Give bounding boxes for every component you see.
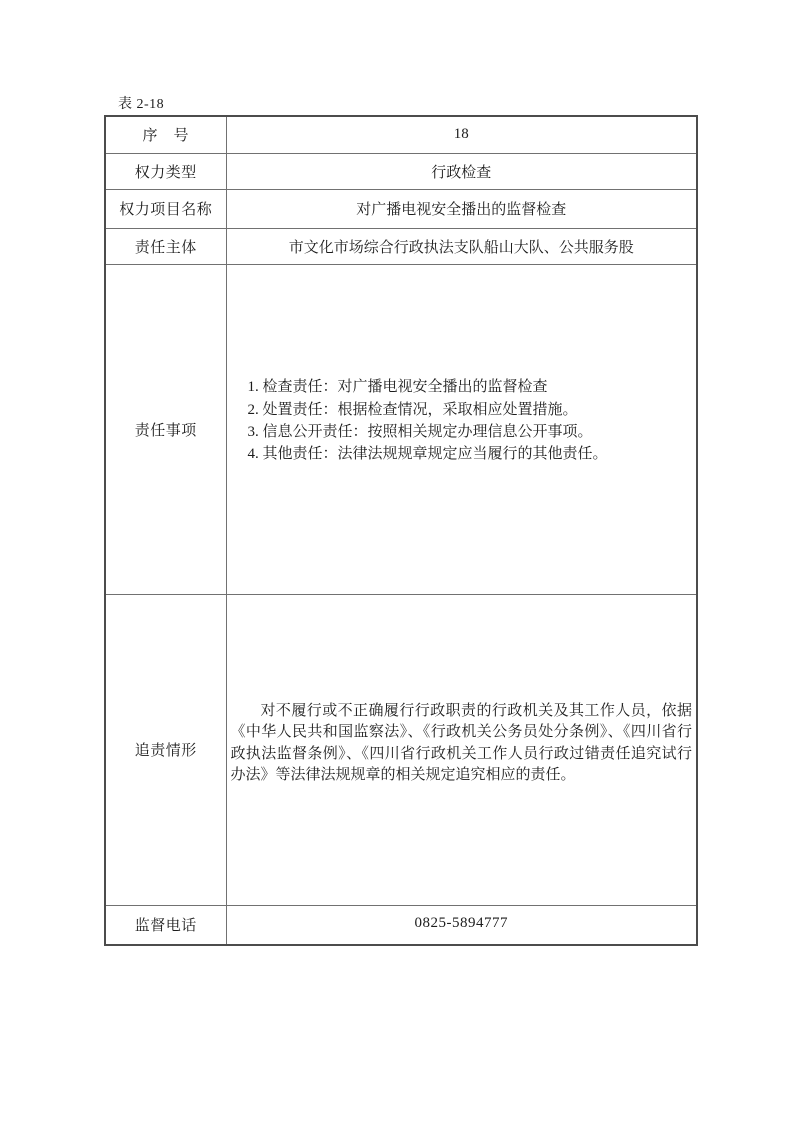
row-label-power-type: 权力类型 bbox=[105, 153, 226, 189]
row-value-supervision-phone: 0825-5894777 bbox=[226, 905, 697, 945]
row-label-responsible-entity: 责任主体 bbox=[105, 228, 226, 264]
responsibility-item: 3. 信息公开责任：按照相关规定办理信息公开事项。 bbox=[248, 421, 697, 443]
table-row-serial-number: 序 号 18 bbox=[105, 116, 697, 153]
accountability-paragraph: 对不履行或不正确履行行政职责的行政机关及其工作人员，依据《中华人民共和国监察法》… bbox=[231, 701, 693, 787]
row-value-serial-number: 18 bbox=[226, 116, 697, 153]
table-caption: 表 2-18 bbox=[118, 93, 164, 113]
row-label-accountability-circumstances: 追责情形 bbox=[105, 594, 226, 905]
table-row-responsible-entity: 责任主体 市文化市场综合行政执法支队船山大队、公共服务股 bbox=[105, 228, 697, 264]
responsibility-item: 4. 其他责任：法律法规规章规定应当履行的其他责任。 bbox=[248, 443, 697, 465]
responsibility-item: 1. 检查责任：对广播电视安全播出的监督检查 bbox=[248, 376, 697, 398]
row-value-responsibility-items: 1. 检查责任：对广播电视安全播出的监督检查 2. 处置责任：根据检查情况，采取… bbox=[226, 264, 697, 594]
row-label-supervision-phone: 监督电话 bbox=[105, 905, 226, 945]
row-value-power-item-name: 对广播电视安全播出的监督检查 bbox=[226, 189, 697, 228]
row-label-serial-number: 序 号 bbox=[105, 116, 226, 153]
row-value-responsible-entity: 市文化市场综合行政执法支队船山大队、公共服务股 bbox=[226, 228, 697, 264]
table-row-power-item-name: 权力项目名称 对广播电视安全播出的监督检查 bbox=[105, 189, 697, 228]
row-value-power-type: 行政检查 bbox=[226, 153, 697, 189]
row-label-power-item-name: 权力项目名称 bbox=[105, 189, 226, 228]
table-row-responsibility-items: 责任事项 1. 检查责任：对广播电视安全播出的监督检查 2. 处置责任：根据检查… bbox=[105, 264, 697, 594]
table-row-supervision-phone: 监督电话 0825-5894777 bbox=[105, 905, 697, 945]
responsibility-items-list: 1. 检查责任：对广播电视安全播出的监督检查 2. 处置责任：根据检查情况，采取… bbox=[227, 376, 697, 466]
document-page: 表 2-18 序 号 18 权力类型 行政检查 权力项目名称 对广播电视安全播出… bbox=[0, 0, 793, 1122]
table-row-accountability-circumstances: 追责情形 对不履行或不正确履行行政职责的行政机关及其工作人员，依据《中华人民共和… bbox=[105, 594, 697, 905]
row-label-responsibility-items: 责任事项 bbox=[105, 264, 226, 594]
responsibility-item: 2. 处置责任：根据检查情况，采取相应处置措施。 bbox=[248, 399, 697, 421]
row-value-accountability-circumstances: 对不履行或不正确履行行政职责的行政机关及其工作人员，依据《中华人民共和国监察法》… bbox=[226, 594, 697, 905]
supervision-phone-number: 0825-5894777 bbox=[227, 915, 697, 935]
table-row-power-type: 权力类型 行政检查 bbox=[105, 153, 697, 189]
responsibility-table: 序 号 18 权力类型 行政检查 权力项目名称 对广播电视安全播出的监督检查 责… bbox=[104, 115, 698, 946]
